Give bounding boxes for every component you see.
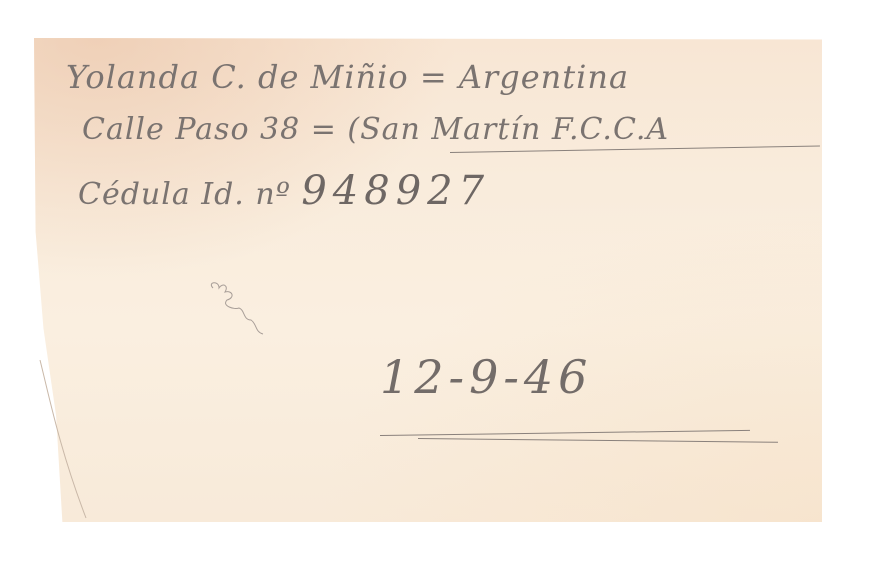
paper-note xyxy=(34,38,822,522)
id-line: Cédula Id. nº 948927 xyxy=(78,168,490,214)
id-number: 948927 xyxy=(301,168,490,214)
address-line: Calle Paso 38 = (San Martín F.C.C.A xyxy=(82,112,669,147)
id-label: Cédula Id. nº xyxy=(78,177,291,212)
pencil-squiggle-mark xyxy=(205,280,275,340)
name-line: Yolanda C. de Miñio = Argentina xyxy=(66,58,629,96)
date-text: 12-9-46 xyxy=(380,350,592,404)
paper-fold-edge xyxy=(36,360,96,520)
